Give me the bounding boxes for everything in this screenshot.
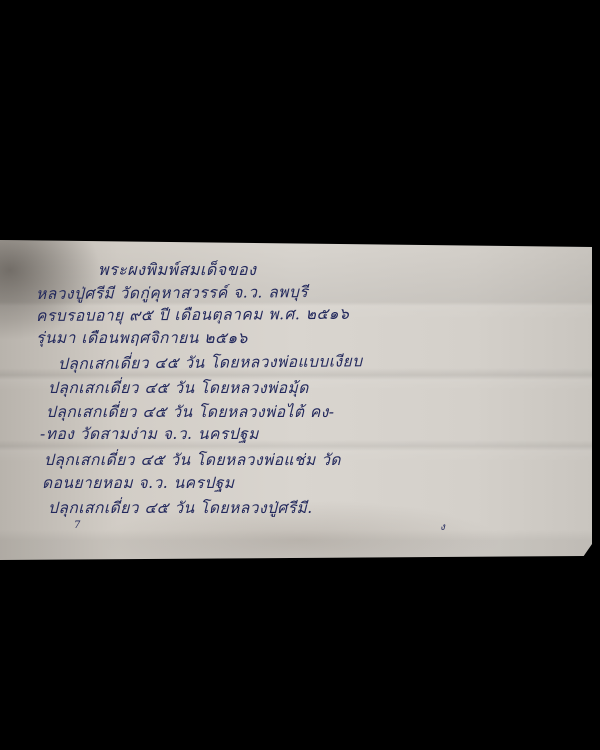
note-line-7: -ทอง วัดสามง่าม จ.ว. นครปฐม	[40, 421, 259, 446]
stray-mark: 7	[74, 520, 80, 531]
stray-mark: ง	[440, 520, 445, 535]
note-line-8: ปลุกเสกเดี่ยว ๔๕ วัน โดยหลวงพ่อแช่ม วัด	[44, 447, 341, 472]
handwritten-note-paper: พระผงพิมพ์สมเด็จของ หลวงปู่ศรีมี วัดกู่ค…	[0, 240, 592, 560]
note-line-10: ปลุกเสกเดี่ยว ๔๕ วัน โดยหลวงปู่ศรีมี.	[48, 495, 313, 520]
note-line-5: ปลุกเสกเดี่ยว ๔๕ วัน โดยหลวงพ่อมุ้ด	[48, 375, 309, 400]
note-line-4: ปลุกเสกเดี่ยว ๔๕ วัน โดยหลวงพ่อแบบเงียบ	[58, 348, 363, 376]
note-line-9: ดอนยายหอม จ.ว. นครปฐม	[42, 470, 234, 495]
note-line-2: ครบรอบอายุ ๙๕ ปี เดือนตุลาคม พ.ศ. ๒๕๑๖	[36, 301, 349, 328]
handwritten-note: พระผงพิมพ์สมเด็จของ หลวงปู่ศรีมี วัดกู่ค…	[0, 240, 592, 560]
note-line-3: รุ่นมา เดือนพฤศจิกายน ๒๕๑๖	[36, 325, 248, 350]
